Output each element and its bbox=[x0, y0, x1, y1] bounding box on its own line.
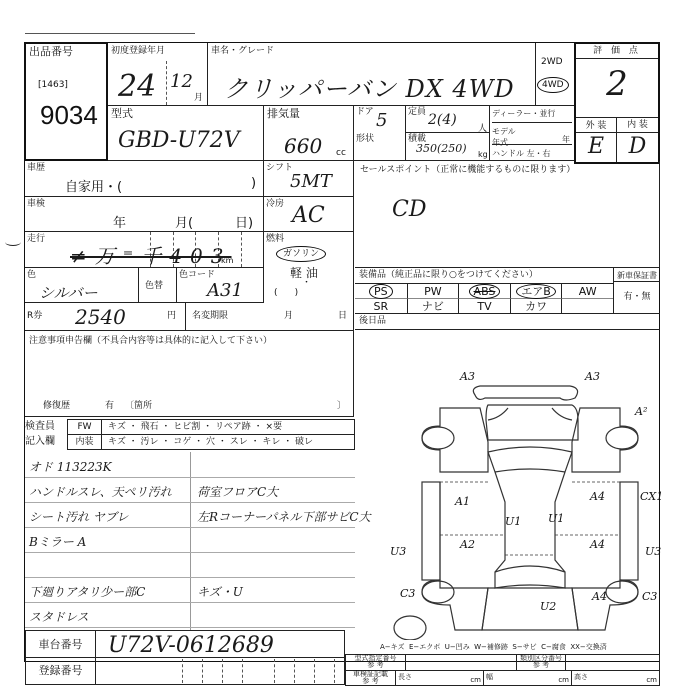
svg-text:A4: A4 bbox=[589, 490, 605, 503]
dealer-box: ディーラー・並行 モデル年式 年 ハンドル 左・右 bbox=[490, 106, 574, 161]
equipment-item bbox=[561, 299, 613, 314]
history-box: 車歴 自家用・( ) bbox=[25, 161, 264, 197]
capacity-box: 定員 2(4) 人 積載 350(250) kg bbox=[406, 106, 490, 161]
sales-point-value: CD bbox=[392, 197, 426, 222]
repair-bracket-open: 〔箇所 bbox=[125, 401, 152, 411]
reg-tick bbox=[182, 659, 183, 683]
first-reg-label: 初度登録年月 bbox=[111, 46, 165, 56]
ext-label: 外 装 bbox=[576, 121, 616, 131]
equipment-item: TV bbox=[458, 299, 510, 314]
remark-left: シート汚れ ヤブレ bbox=[29, 508, 128, 525]
ac-box: 冷房 AC bbox=[264, 197, 354, 232]
lot-number: 9034 bbox=[40, 100, 98, 131]
recycle-unit: 円 bbox=[167, 311, 176, 321]
remark-right: キズ・U bbox=[197, 583, 243, 600]
remarks-divider bbox=[190, 452, 191, 630]
svg-text:U2: U2 bbox=[540, 600, 556, 613]
length-unit: cm bbox=[470, 676, 481, 684]
remark-left: Bミラー A bbox=[29, 533, 86, 550]
length-label: 長さ bbox=[398, 672, 412, 682]
inspection-day: 日) bbox=[235, 212, 253, 231]
color-value: シルバー bbox=[39, 282, 98, 303]
svg-text:AF: AF bbox=[527, 638, 544, 640]
chassis-box: 車台番号 U72V-0612689 登録番号 bbox=[25, 630, 345, 685]
warranty-cell: 新車保証書 有・無 bbox=[613, 268, 660, 314]
color-box: 色 シルバー 色替 色コード A31 bbox=[25, 268, 264, 303]
drive-2wd: 2WD bbox=[541, 57, 563, 67]
chassis-value: U72V-0612689 bbox=[108, 633, 274, 658]
height-cell: 高さ cm bbox=[572, 671, 659, 685]
equipment-item-label: カワ bbox=[525, 300, 547, 313]
fw-label: FW bbox=[68, 420, 102, 435]
height-label: 高さ bbox=[574, 672, 588, 682]
svg-text:A2: A2 bbox=[459, 538, 475, 551]
svg-text:A3: A3 bbox=[584, 370, 600, 383]
first-reg-year: 24 bbox=[118, 69, 156, 104]
sales-point-box: セールスポイント（正常に機能するものに限ります） CD bbox=[354, 161, 660, 267]
svg-text:CX1: CX1 bbox=[640, 490, 663, 503]
top-rule bbox=[25, 33, 195, 34]
inspector-table: FW キズ ・ 飛石 ・ ヒビ割 ・ リペア跡 ・ ×要 内装 キズ ・ 汚レ … bbox=[67, 419, 355, 450]
inspector-strip: 検査員 記入欄 FW キズ ・ 飛石 ・ ヒビ割 ・ リペア跡 ・ ×要 内装 … bbox=[25, 419, 355, 451]
cert-label: 車検証記載 参 考 bbox=[346, 671, 396, 685]
equipment-item-label: ナビ bbox=[422, 300, 444, 313]
color-change-label: 色替 bbox=[145, 281, 163, 291]
fuel-paren: ( ) bbox=[274, 288, 298, 298]
equipment-item-label: PW bbox=[424, 285, 442, 298]
drive-4wd: 4WD bbox=[537, 77, 569, 93]
mileage-label: 走行 bbox=[27, 234, 45, 244]
inspector-row-int: 内装 キズ ・ 汚レ ・ コゲ ・ 穴 ・ スレ ・ キレ ・ 破レ bbox=[68, 435, 354, 450]
name-change-day: 日 bbox=[338, 311, 347, 321]
dealer-label: ディーラー・並行 bbox=[492, 108, 572, 123]
first-reg-month-unit: 月 bbox=[194, 93, 203, 103]
handle-label: ハンドル 左・右 bbox=[492, 144, 572, 159]
shift-box: シフト 5MT bbox=[264, 161, 354, 197]
inspection-month: 月( bbox=[175, 212, 193, 231]
registration-label: 登録番号 bbox=[26, 658, 96, 684]
door-value: 5 bbox=[376, 110, 387, 131]
shape-label: 形状 bbox=[356, 134, 374, 144]
displacement-unit: cc bbox=[336, 148, 346, 158]
class-no-value bbox=[566, 655, 659, 671]
remarks-line bbox=[25, 502, 355, 503]
score-box: 評 価 点 2 外 装 内 装 E D bbox=[574, 42, 660, 164]
mileage-tick bbox=[241, 232, 242, 267]
equipment-item-label: エアB bbox=[516, 284, 556, 299]
type-no-value bbox=[406, 655, 516, 671]
fuel-label: 燃料 bbox=[266, 234, 284, 244]
model-type-value: GBD-U72V bbox=[118, 128, 240, 153]
inspection-label: 車検 bbox=[27, 199, 45, 209]
remarks-line bbox=[25, 477, 355, 478]
equipment-item: エアB bbox=[510, 284, 562, 299]
car-name-label: 車名・グレード bbox=[211, 46, 274, 56]
svg-text:C3: C3 bbox=[642, 590, 657, 603]
history-label: 車歴 bbox=[27, 163, 45, 173]
model-type-label: 型式 bbox=[111, 109, 133, 119]
lot-box: 出品番号 [1463] 9034 bbox=[24, 42, 108, 161]
remark-left: スタドレス bbox=[29, 608, 89, 625]
first-reg-divider bbox=[166, 61, 167, 105]
color-label: 色 bbox=[27, 270, 36, 280]
reg-tick bbox=[334, 659, 335, 683]
equipment-item: カワ bbox=[510, 299, 562, 314]
shift-value: 5MT bbox=[290, 171, 332, 192]
equipment-item: ABS bbox=[458, 284, 510, 299]
warranty-value: 有・無 bbox=[614, 292, 660, 302]
equipment-item-label: AW bbox=[579, 285, 597, 298]
fuel-box: 燃料 ガソリン 軽 油 ・ ( ) bbox=[264, 232, 354, 303]
reg-tick bbox=[274, 659, 275, 683]
svg-text:A4: A4 bbox=[589, 538, 605, 551]
score-subhead: 外 装 内 装 bbox=[576, 117, 658, 133]
capacity-value: 2(4) bbox=[428, 112, 457, 128]
remarks-area: オド 113223Kハンドルスレ、天ペリ汚れ荷室フロアC大シート汚れ ヤブレ左R… bbox=[25, 452, 355, 630]
mileage-margin-mark bbox=[5, 238, 21, 246]
svg-text:C3: C3 bbox=[400, 587, 415, 600]
svg-text:A3: A3 bbox=[459, 370, 475, 383]
width-unit: cm bbox=[558, 676, 569, 684]
reg-tick bbox=[314, 659, 315, 683]
int-items-label: 内装 bbox=[68, 435, 102, 450]
equipment-item: PS bbox=[355, 284, 407, 299]
width-label: 幅 bbox=[486, 672, 493, 682]
repair-label: 修復歴 bbox=[43, 401, 70, 411]
inspection-box: 車検 年 月( 日) bbox=[25, 197, 264, 232]
remarks-line bbox=[25, 627, 355, 628]
remarks-line bbox=[25, 552, 355, 553]
svg-text:A²: A² bbox=[634, 405, 647, 418]
type-no-ref: 参 考 bbox=[346, 662, 405, 669]
door-box: ドア 5 形状 bbox=[354, 106, 406, 161]
length-cell: 長さ cm bbox=[396, 671, 484, 685]
reg-tick bbox=[202, 659, 203, 683]
color-code-label: 色コード bbox=[179, 270, 215, 280]
remark-left: 下廻りアタリ少ー部C bbox=[29, 583, 145, 600]
history-value: 自家用・( bbox=[65, 176, 122, 195]
remarks-line bbox=[25, 577, 355, 578]
drive-box: 2WD 4WD bbox=[536, 43, 574, 106]
cert-ref: 参 考 bbox=[346, 678, 395, 685]
car-name-box: 車名・グレード クリッパーバン DX 4WD bbox=[208, 43, 536, 106]
repair-has: 有 bbox=[105, 401, 114, 411]
load-unit: kg bbox=[478, 150, 488, 159]
equipment-label: 装備品（純正品に限り○をつけてください） bbox=[359, 270, 538, 280]
equipment-item-label: ABS bbox=[469, 284, 501, 299]
notes-label: 注意事項申告欄（不具合内容等は具体的に記入して下さい） bbox=[29, 336, 272, 346]
history-close: ) bbox=[251, 176, 256, 191]
remarks-line bbox=[25, 527, 355, 528]
ac-value: AC bbox=[292, 203, 325, 228]
remark-right: 左Rコーナーパネル下部サビC大 bbox=[197, 508, 371, 525]
svg-text:U1: U1 bbox=[505, 515, 521, 528]
reg-tick bbox=[242, 659, 243, 683]
type-no-label: 型式指定番号 参 考 bbox=[346, 655, 406, 671]
later-items-label: 後日品 bbox=[359, 316, 386, 326]
int-label: 内 装 bbox=[616, 117, 658, 133]
score-value: 2 bbox=[576, 64, 658, 104]
equipment-item-label: PS bbox=[369, 284, 393, 299]
spec-table: 型式指定番号 参 考 類別区分番号 参 考 車検証記載 参 考 長さ cm 幅 … bbox=[345, 654, 660, 686]
remarks-line bbox=[25, 602, 355, 603]
width-cell: 幅 cm bbox=[484, 671, 572, 685]
shift-label: シフト bbox=[266, 163, 293, 173]
equipment-item: PW bbox=[407, 284, 459, 299]
damage-legend: A−キズ E−エクボ U−凹み W−補修跡 S−サビ C−腐食 XX−交換済 bbox=[380, 642, 607, 652]
equipment-item: ナビ bbox=[407, 299, 459, 314]
fuel-dot: ・ bbox=[302, 278, 311, 288]
displacement-value: 660 bbox=[284, 134, 322, 158]
door-label: ドア bbox=[356, 107, 374, 117]
color-change-cell: 色替 bbox=[138, 268, 176, 302]
equipment-grid: PSPWABSエアBAWSRナビTVカワ bbox=[355, 283, 613, 314]
lot-sub: [1463] bbox=[38, 80, 68, 90]
name-change-box: 名変期限 月 日 bbox=[185, 303, 354, 331]
recycle-label: R券 bbox=[27, 311, 42, 321]
inspection-year: 年 bbox=[113, 212, 126, 231]
repair-bracket-close: 〕 bbox=[337, 401, 346, 411]
notes-box: 注意事項申告欄（不具合内容等は具体的に記入して下さい） 修復歴 有 〔箇所 〕 bbox=[25, 331, 354, 417]
class-no-label: 類別区分番号 参 考 bbox=[516, 655, 566, 671]
svg-text:U3: U3 bbox=[645, 545, 661, 558]
int-items: キズ ・ 汚レ ・ コゲ ・ 穴 ・ スレ ・ キレ ・ 破レ bbox=[108, 437, 313, 447]
name-change-label: 名変期限 bbox=[192, 311, 228, 321]
model-type-box: 型式 GBD-U72V bbox=[108, 106, 264, 161]
capacity-divider bbox=[406, 132, 490, 133]
mileage-value: ≠万⁼千403 bbox=[70, 240, 232, 269]
chassis-label: 車台番号 bbox=[26, 631, 96, 658]
capacity-label: 定員 bbox=[408, 107, 426, 117]
car-name-value: クリッパーバン DX 4WD bbox=[224, 69, 515, 104]
svg-text:U1: U1 bbox=[548, 512, 564, 525]
ext-value: E bbox=[576, 134, 616, 159]
equipment-item-label: SR bbox=[373, 300, 388, 313]
sales-point-label: セールスポイント（正常に機能するものに限ります） bbox=[360, 165, 575, 175]
svg-text:A1: A1 bbox=[454, 495, 470, 508]
remark-left: オド 113223K bbox=[29, 458, 112, 475]
reg-tick bbox=[222, 659, 223, 683]
mileage-unit: km bbox=[221, 256, 233, 265]
load-value: 350(250) bbox=[416, 142, 467, 155]
color-code-value: A31 bbox=[207, 280, 243, 301]
warranty-label: 新車保証書 bbox=[614, 270, 660, 282]
inspector-label: 検査員 bbox=[25, 422, 55, 432]
equipment-box: 装備品（純正品に限り○をつけてください） 新車保証書 有・無 PSPWABSエア… bbox=[355, 267, 660, 314]
displacement-label: 排気量 bbox=[267, 109, 300, 119]
later-items-box: 後日品 bbox=[355, 314, 660, 330]
first-reg-box: 初度登録年月 24 12 月 bbox=[108, 43, 208, 106]
equipment-item-label: TV bbox=[477, 300, 491, 313]
recycle-box: R券 2540 円 bbox=[25, 303, 185, 331]
mileage-box: 走行 ≠万⁼千403 km bbox=[25, 232, 264, 268]
remark-right: 荷室フロアC大 bbox=[197, 483, 278, 500]
color-code-cell: 色コード A31 bbox=[176, 268, 264, 302]
height-unit: cm bbox=[646, 676, 657, 684]
recycle-value: 2540 bbox=[75, 305, 126, 329]
fuel-gasoline: ガソリン bbox=[276, 246, 326, 262]
fw-items: キズ ・ 飛石 ・ ヒビ割 ・ リペア跡 ・ ×要 bbox=[108, 422, 282, 432]
ac-label: 冷房 bbox=[266, 199, 284, 209]
class-no-ref: 参 考 bbox=[517, 662, 565, 669]
inspector-row-fw: FW キズ ・ 飛石 ・ ヒビ割 ・ リペア跡 ・ ×要 bbox=[68, 420, 354, 435]
name-change-month: 月 bbox=[284, 311, 293, 321]
equipment-item: AW bbox=[561, 284, 613, 299]
inspector-entry-label: 記入欄 bbox=[25, 437, 55, 447]
lot-label: 出品番号 bbox=[29, 47, 73, 57]
first-reg-month: 12 bbox=[170, 71, 193, 92]
score-label: 評 価 点 bbox=[576, 44, 658, 59]
int-value: D bbox=[617, 134, 658, 159]
car-damage-diagram: A3A3 A² A1A2 U1U1 A4A4A4 U3U3 C3C3 CX1 U… bbox=[360, 360, 690, 640]
displacement-box: 排気量 660 cc bbox=[264, 106, 354, 161]
svg-text:U3: U3 bbox=[390, 545, 406, 558]
svg-text:A4: A4 bbox=[591, 590, 607, 603]
remark-left: ハンドルスレ、天ペリ汚れ bbox=[29, 483, 172, 500]
chassis-divider bbox=[96, 657, 344, 658]
reg-tick bbox=[294, 659, 295, 683]
equipment-item: SR bbox=[355, 299, 407, 314]
